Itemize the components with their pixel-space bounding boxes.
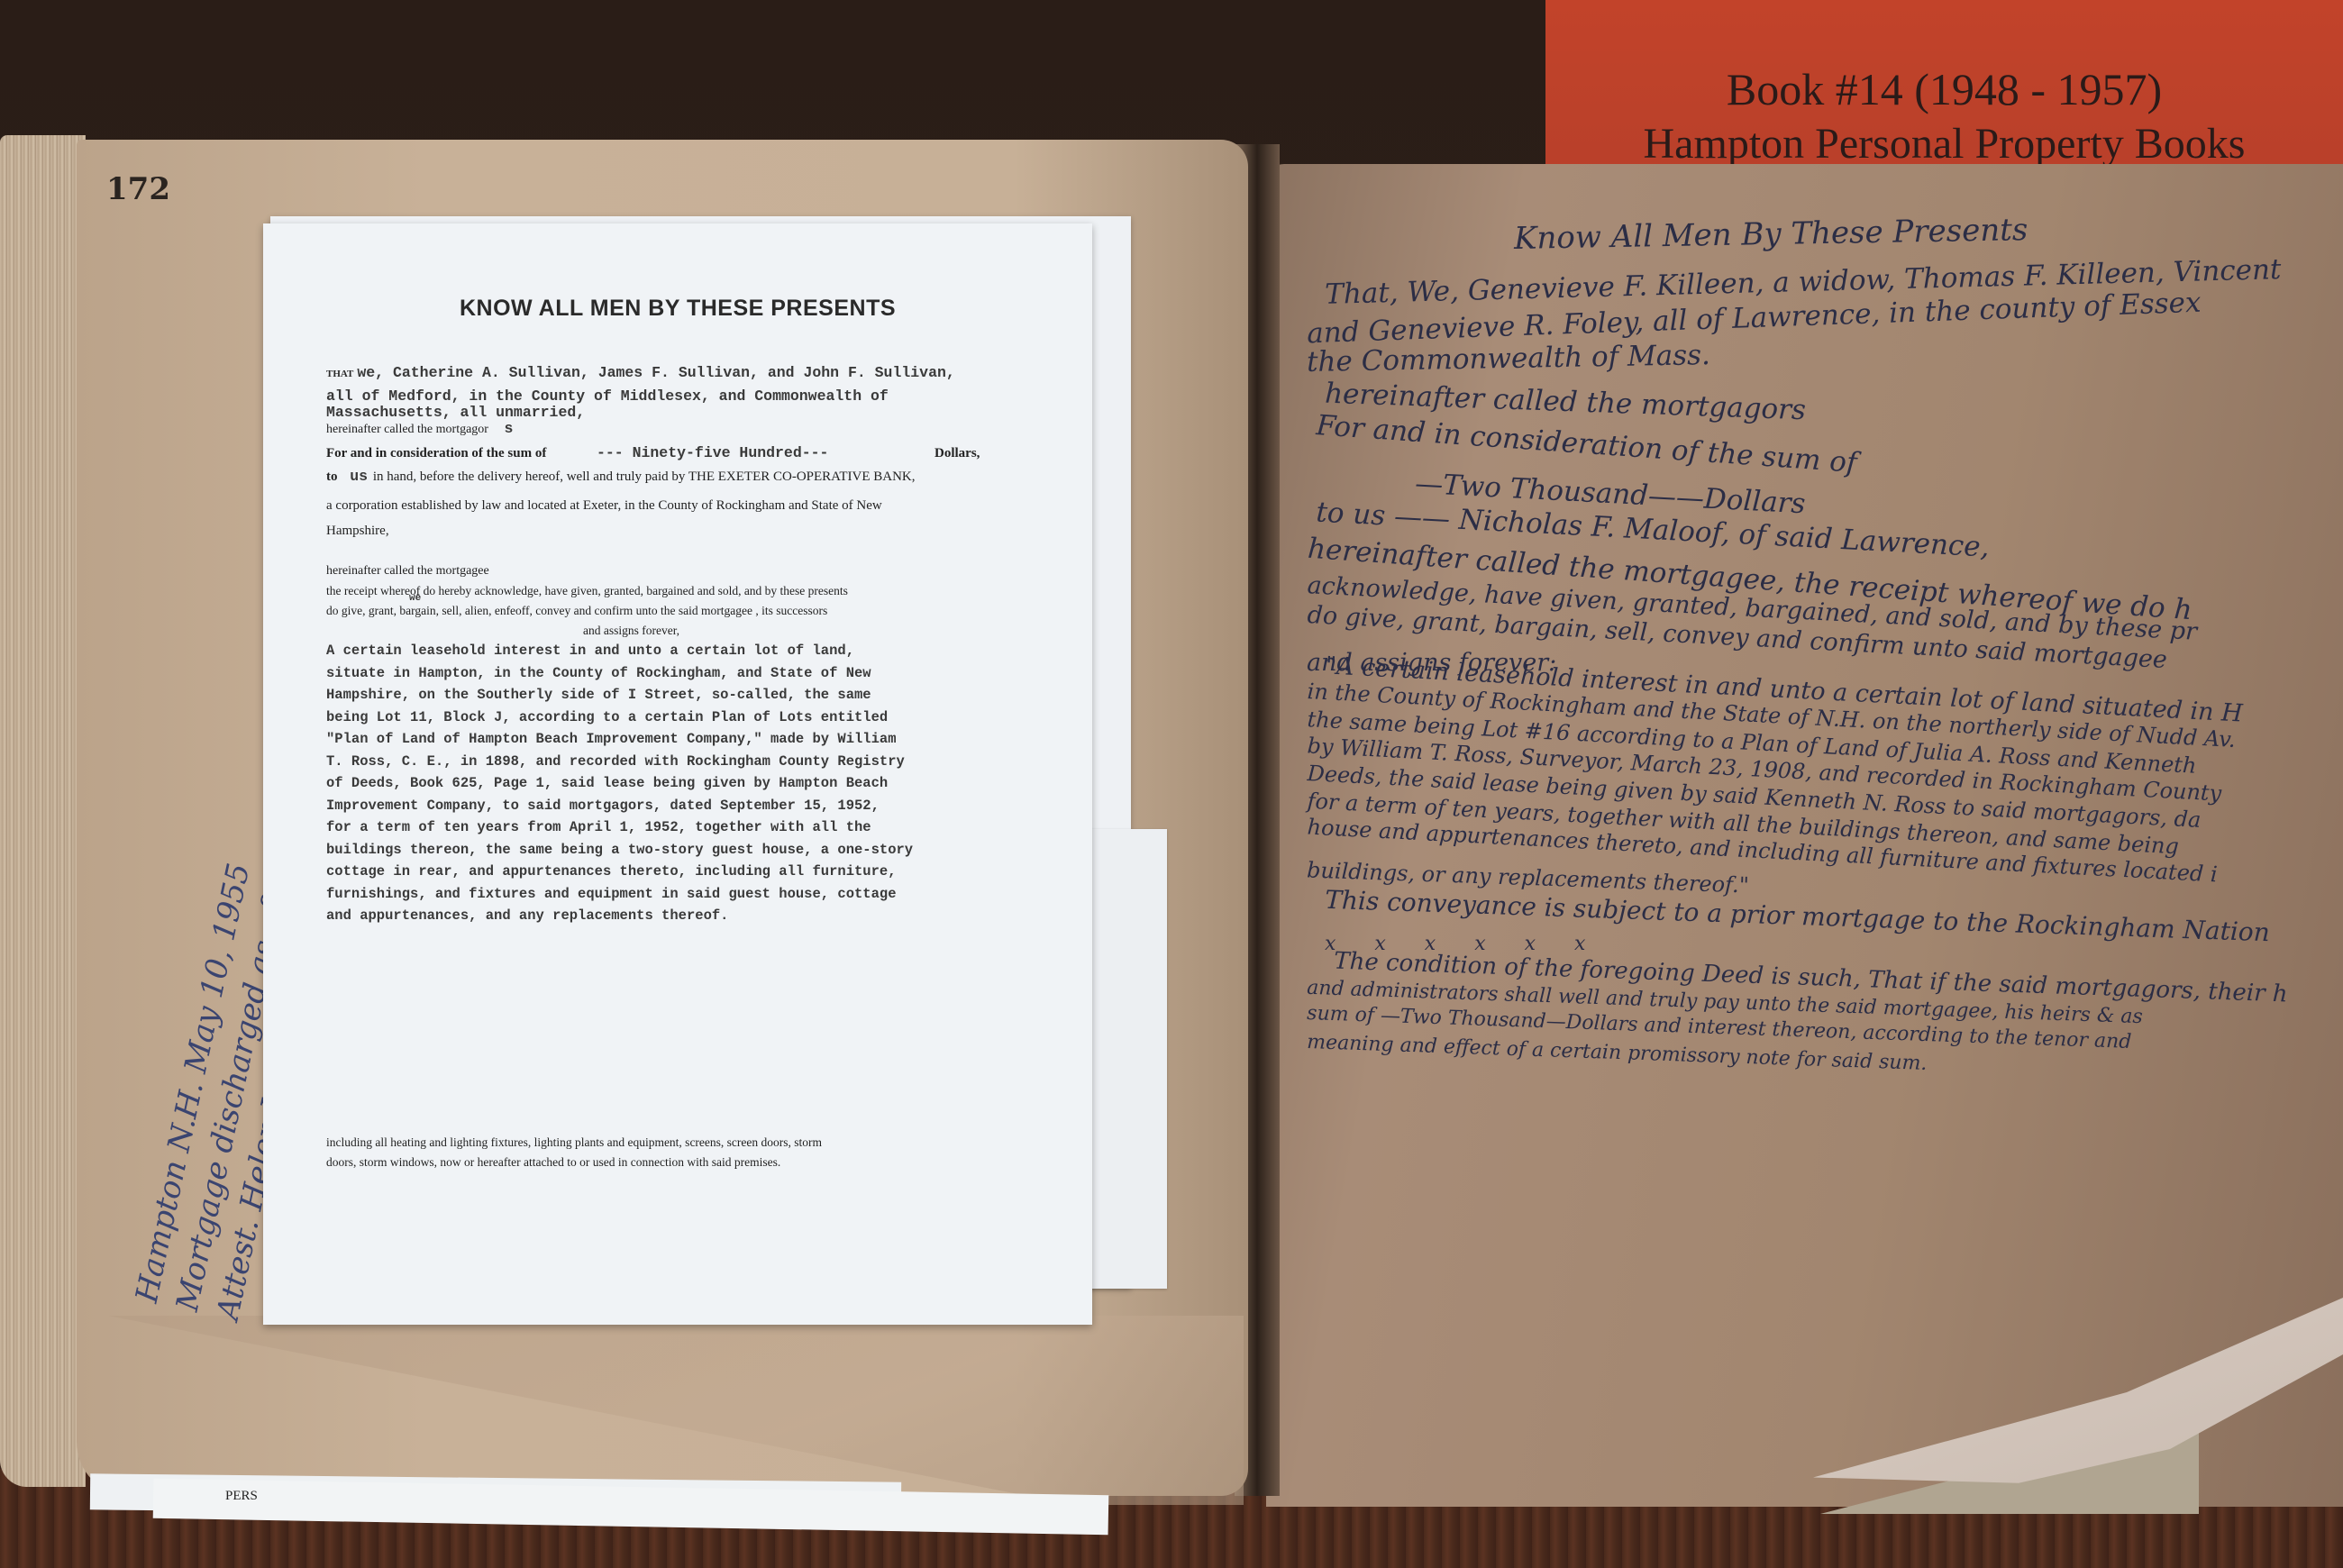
lease-line: Hampshire, on the Southerly side of I St… bbox=[326, 684, 1047, 707]
lease-line: T. Ross, C. E., in 1898, and recorded wi… bbox=[326, 751, 1047, 773]
paid-by-line: to us in hand, before the delivery hereo… bbox=[326, 468, 915, 485]
lease-line: situate in Hampton, in the County of Roc… bbox=[326, 662, 1047, 685]
lease-description: A certain leasehold interest in and unto… bbox=[326, 640, 1047, 927]
mortgagor-label: hereinafter called the mortgagor s bbox=[326, 420, 513, 437]
consideration-label: For and in consideration of the sum of bbox=[326, 446, 546, 461]
mortgagee-label: hereinafter called the mortgagee bbox=[326, 564, 489, 579]
lease-line: of Deeds, Book 625, Page 1, said lease b… bbox=[326, 772, 1047, 795]
page-number: 172 bbox=[106, 171, 170, 207]
book-number-title: Book #14 (1948 - 1957) bbox=[1545, 63, 2343, 115]
fixtures-line-1: including all heating and lighting fixtu… bbox=[326, 1135, 822, 1150]
bottom-paper-slips: PERS bbox=[90, 1478, 1081, 1532]
consideration-sum: --- Ninety-five Hundred--- bbox=[597, 444, 828, 461]
book-cover-label: Book #14 (1948 - 1957) Hampton Personal … bbox=[1545, 0, 2343, 171]
corporation-line-2: Hampshire, bbox=[326, 524, 389, 539]
lease-line: furnishings, and fixtures and equipment … bbox=[326, 883, 1047, 906]
lease-line: "Plan of Land of Hampton Beach Improveme… bbox=[326, 728, 1047, 751]
lease-line: cottage in rear, and appurtenances there… bbox=[326, 861, 1047, 883]
dollars-label: Dollars, bbox=[934, 446, 980, 461]
lease-line: being Lot 11, Block J, according to a ce… bbox=[326, 707, 1047, 729]
insert-strip bbox=[1090, 829, 1167, 1289]
fixtures-line-2: doors, storm windows, now or hereafter a… bbox=[326, 1155, 780, 1170]
lease-line: Improvement Company, to said mortgagors,… bbox=[326, 795, 1047, 817]
assigns-line: and assigns forever, bbox=[583, 624, 679, 638]
receipt-we: we bbox=[409, 593, 421, 604]
deed-title: KNOW ALL MEN BY THESE PRESENTS bbox=[263, 296, 1092, 322]
receipt-line: the receipt whereof do hereby acknowledg… bbox=[326, 584, 848, 598]
lease-line: for a term of ten years from April 1, 19… bbox=[326, 816, 1047, 839]
grantors-line-2: all of Medford, in the County of Middles… bbox=[326, 387, 889, 405]
slip-label: PERS bbox=[225, 1489, 258, 1504]
paper-slip bbox=[153, 1479, 1109, 1535]
give-grant-line: do give, grant, bargain, sell, alien, en… bbox=[326, 604, 827, 618]
lease-line: buildings thereon, the same being a two-… bbox=[326, 839, 1047, 861]
typed-mortgage-deed: KNOW ALL MEN BY THESE PRESENTS THAT we, … bbox=[263, 223, 1092, 1325]
grantors-line-3: Massachusetts, all unmarried, bbox=[326, 404, 585, 421]
corporation-line-1: a corporation established by law and loc… bbox=[326, 498, 882, 514]
grantors-line-1: THAT we, Catherine A. Sullivan, James F.… bbox=[326, 364, 955, 381]
page-stack-edge bbox=[0, 135, 86, 1487]
book-series-title: Hampton Personal Property Books bbox=[1545, 119, 2343, 169]
that-label: THAT bbox=[326, 369, 353, 379]
lease-line: and appurtenances, and any replacements … bbox=[326, 905, 1047, 927]
lease-line: A certain leasehold interest in and unto… bbox=[326, 640, 1047, 662]
